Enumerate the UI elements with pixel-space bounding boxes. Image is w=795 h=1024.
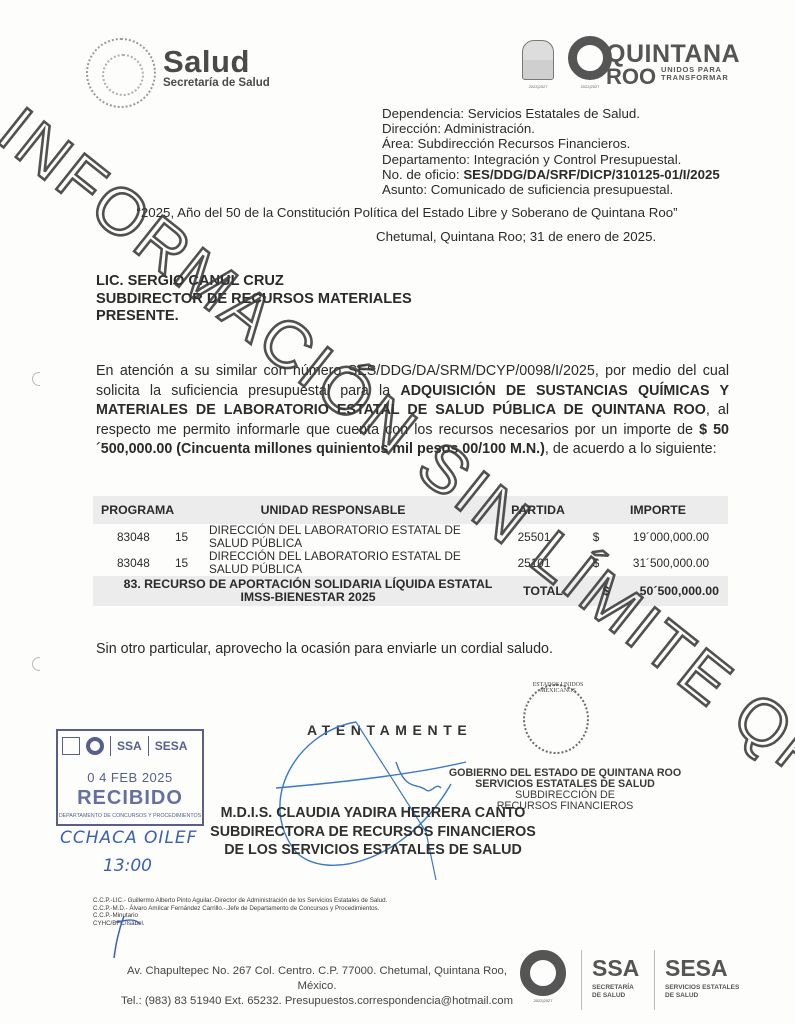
salud-logo-subtitle: Secretaría de Salud [163, 77, 270, 89]
ssa-sub-line: DE SALUD [592, 992, 634, 1000]
footer-q-caption: 2022|2027 [520, 998, 566, 1003]
received-stamp: SSA SESA 0 4 FEB 2025 RECIBIDO DEPARTAME… [56, 729, 204, 826]
place-and-date: Chetumal, Quintana Roo; 31 de enero de 2… [376, 229, 656, 244]
footer-sesa-subtitle: SERVICIOS ESTATALES DE SALUD [665, 984, 739, 999]
stamp-ssa: SSA [117, 739, 142, 753]
roo-logo-word: ROO [606, 64, 656, 90]
quintana-roo-shield-icon [522, 40, 554, 80]
contact-line: Tel.: (983) 83 51940 Ext. 65232. Presupu… [117, 994, 517, 1009]
stamp-logos: SSA SESA [62, 734, 198, 758]
oficio-label: No. de oficio: [382, 167, 463, 182]
meta-asunto: Asunto: Comunicado de suficiencia presup… [382, 182, 720, 197]
sesa-sub-line: SERVICIOS ESTATALES [665, 984, 739, 992]
body-text-3: , de acuerdo a lo siguiente: [545, 441, 717, 457]
cell-desc: DIRECCIÓN DEL LABORATORIO ESTATAL DE SAL… [195, 524, 485, 549]
cell-programa: 83048 [93, 556, 155, 570]
footer-sesa-logo: SESA [665, 955, 728, 982]
mexico-seal-logo [86, 38, 156, 108]
cell-importe: 19´000,000.00 [609, 530, 709, 544]
ssa-sub-line: SECRETARÍA [592, 984, 634, 992]
meta-departamento: Departamento: Integración y Control Pres… [382, 152, 720, 167]
document-meta: Dependencia: Servicios Estatales de Salu… [382, 106, 720, 197]
footer-ssa-logo: SSA [592, 955, 639, 982]
cell-ur: 15 [155, 530, 195, 544]
cell-ur: 15 [155, 556, 195, 570]
stamp-divider [110, 736, 111, 756]
seal-text: ESTADOS UNIDOS MEXICANOS [519, 682, 597, 694]
footer-divider [581, 950, 582, 1010]
quintana-roo-tagline: UNIDOS PARA TRANSFORMAR [661, 66, 729, 82]
salud-logo-title: Salud [163, 44, 250, 80]
stamp-status: RECIBIDO [58, 787, 202, 810]
footer-ssa-subtitle: SECRETARÍA DE SALUD [592, 984, 634, 999]
handwritten-receiver: CCHACA OILEF [60, 828, 197, 848]
footer-q-logo-icon [520, 950, 566, 996]
sesa-sub-line: DE SALUD [665, 992, 739, 1000]
stamp-shield-icon [62, 737, 80, 755]
total-description: 83. RECURSO DE APORTACIÓN SOLIDARIA LÍQU… [93, 578, 493, 604]
footer-divider [654, 950, 655, 1010]
oficio-number: SES/DDG/DA/SRF/DICP/310125-01/I/2025 [463, 167, 719, 182]
stamp-q-icon [86, 737, 104, 755]
handwritten-time: 13:00 [103, 856, 152, 876]
mexico-coat-of-arms-seal-icon [523, 684, 589, 754]
meta-dependencia: Dependencia: Servicios Estatales de Salu… [382, 106, 720, 121]
stamp-sesa: SESA [155, 739, 188, 753]
footer-address: Av. Chapultepec No. 267 Col. Centro. C.P… [117, 964, 517, 1009]
cell-desc: DIRECCIÓN DEL LABORATORIO ESTATAL DE SAL… [195, 550, 485, 575]
meta-direccion: Dirección: Administración. [382, 121, 720, 136]
sign-off: Sin otro particular, aprovecho la ocasió… [96, 641, 553, 657]
q-logo-caption: 2022|2027 [570, 84, 610, 89]
col-importe: IMPORTE [598, 503, 718, 517]
stamp-date: 0 4 FEB 2025 [58, 770, 202, 785]
stamp-department: DEPARTAMENTO DE CONCURSOS Y PROCEDIMIENT… [58, 813, 202, 819]
table-row: 83048 15 DIRECCIÓN DEL LABORATORIO ESTAT… [93, 524, 728, 550]
ccp-line: C.C.P.-LIC.- Guillermo Alberto Pinto Agu… [93, 897, 387, 905]
tagline-line-2: TRANSFORMAR [661, 74, 729, 82]
initials-scribble-icon [96, 912, 166, 962]
table-header: PROGRAMA UNIDAD RESPONSABLE PARTIDA IMPO… [93, 496, 728, 524]
meta-oficio: No. de oficio: SES/DDG/DA/SRF/DICP/31012… [382, 167, 720, 182]
scan-mark [32, 372, 40, 386]
shield-caption: 2022|2027 [522, 84, 554, 89]
address-line: Av. Chapultepec No. 267 Col. Centro. C.P… [117, 964, 517, 994]
stamp-divider [148, 736, 149, 756]
scan-mark [32, 657, 40, 671]
col-programa: PROGRAMA [93, 503, 188, 517]
cell-programa: 83048 [93, 530, 155, 544]
meta-area: Área: Subdirección Recursos Financieros. [382, 136, 720, 151]
